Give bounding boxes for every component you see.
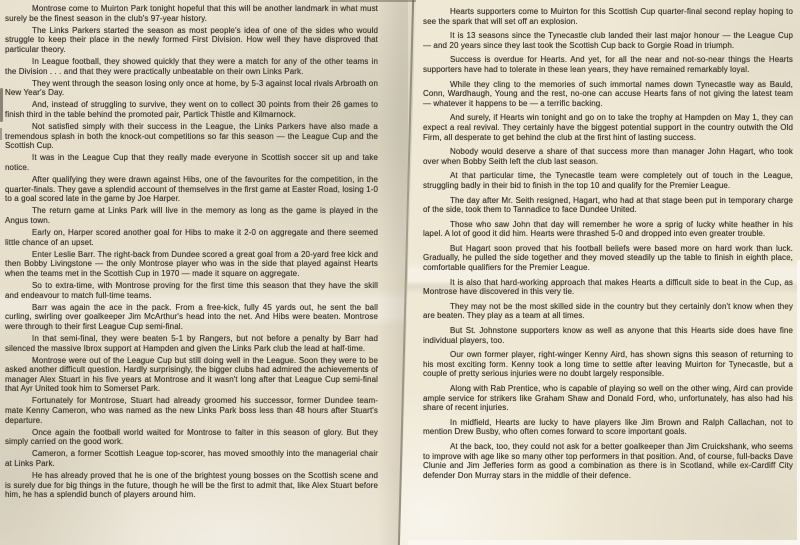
paragraph: While they cling to the memories of such… (423, 80, 793, 109)
paragraph: It is 13 seasons since the Tynecastle cl… (423, 31, 793, 50)
paragraph: But St. Johnstone supporters know as wel… (423, 326, 793, 345)
paragraph: Montrose come to Muirton Park tonight ho… (5, 4, 378, 23)
paragraph: He has already proved that he is one of … (5, 471, 378, 500)
paragraph: They went through the season losing only… (5, 79, 378, 98)
paragraph: Along with Rab Prentice, who is capable … (423, 384, 793, 413)
paragraph: Hearts supporters come to Muirton for th… (423, 7, 793, 26)
paragraph: Not satisfied simply with their success … (5, 122, 378, 151)
scan-edge-white (408, 540, 800, 545)
paragraph: At the back, too, they could not ask for… (423, 442, 793, 480)
paragraph: It is also that hard-working approach th… (423, 278, 793, 297)
paragraph: Montrose were out of the League Cup but … (5, 356, 378, 394)
paragraph: The day after Mr. Seith resigned, Hagart… (423, 196, 793, 215)
paragraph: At that particular time, the Tynecastle … (423, 171, 793, 190)
paragraph: Enter Leslie Barr. The right-back from D… (5, 250, 378, 279)
paragraph: Once again the football world waited for… (5, 428, 378, 447)
paragraph: Fortunately for Montrose, Stuart had alr… (5, 396, 378, 425)
right-page: Hearts supporters come to Muirton for th… (400, 0, 800, 545)
paragraph: Success is overdue for Hearts. And yet, … (423, 55, 793, 74)
paragraph: The return game at Links Park will live … (5, 206, 378, 225)
scan-edge-mark (0, 128, 2, 140)
paragraph: In that semi-final, they were beaten 5-1… (5, 334, 378, 353)
paragraph: Those who saw John that day will remembe… (423, 220, 793, 239)
paragraph: The Links Parkers started the season as … (5, 26, 378, 55)
paragraph: Our own former player, right-winger Kenn… (423, 350, 793, 379)
paragraph: After qualifying they were drawn against… (5, 175, 378, 204)
montrose-article-column: Montrose come to Muirton Park tonight ho… (5, 4, 378, 502)
paragraph: And, instead of struggling to survive, t… (5, 100, 378, 119)
paragraph: It was in the League Cup that they reall… (5, 153, 378, 172)
paragraph: Cameron, a former Scottish League top-sc… (5, 449, 378, 468)
paragraph: In League football, they showed quickly … (5, 57, 378, 76)
paragraph: So to extra-time, with Montrose proving … (5, 281, 378, 300)
paragraph: In midfield, Hearts are lucky to have pl… (423, 418, 793, 437)
paragraph: They may not be the most skilled side in… (423, 302, 793, 321)
paragraph: And surely, if Hearts win tonight and go… (423, 113, 793, 142)
scan-edge-mark (0, 88, 3, 122)
paragraph: But Hagart soon proved that his football… (423, 244, 793, 273)
paragraph: Early on, Harper scored another goal for… (5, 228, 378, 247)
paragraph: Nobody would deserve a share of that suc… (423, 147, 793, 166)
paragraph: Barr was again the ace in the pack. From… (5, 303, 378, 332)
scan-edge-smudge (330, 0, 416, 2)
scanned-programme-spread: Montrose come to Muirton Park tonight ho… (0, 0, 800, 545)
hearts-article-column: Hearts supporters come to Muirton for th… (423, 7, 793, 485)
